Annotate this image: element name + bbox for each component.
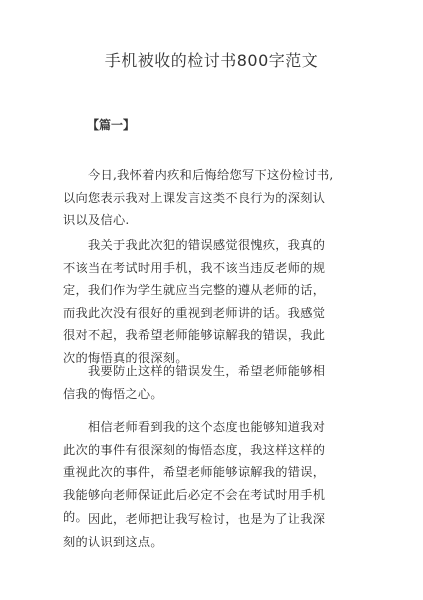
section-label: 【篇一】 <box>87 116 135 133</box>
paragraph: 我关于我此次犯的错误感觉很愧疚，我真的不该当在考试时用手机，我不该当违反老师的规… <box>63 234 337 369</box>
paragraph: 今日,我怀着内疚和后悔给您写下这份检讨书,以向您表示我对上课发言这类不良行为的深… <box>63 164 337 232</box>
document-title: 手机被收的检讨书800字范文 <box>0 48 423 71</box>
paragraph: 因此，老师把让我写检讨，也是为了让我深刻的认识到这点。 <box>63 508 337 553</box>
paragraph: 我要防止这样的错误发生，希望老师能够相信我的悔悟之心。 <box>63 360 337 405</box>
